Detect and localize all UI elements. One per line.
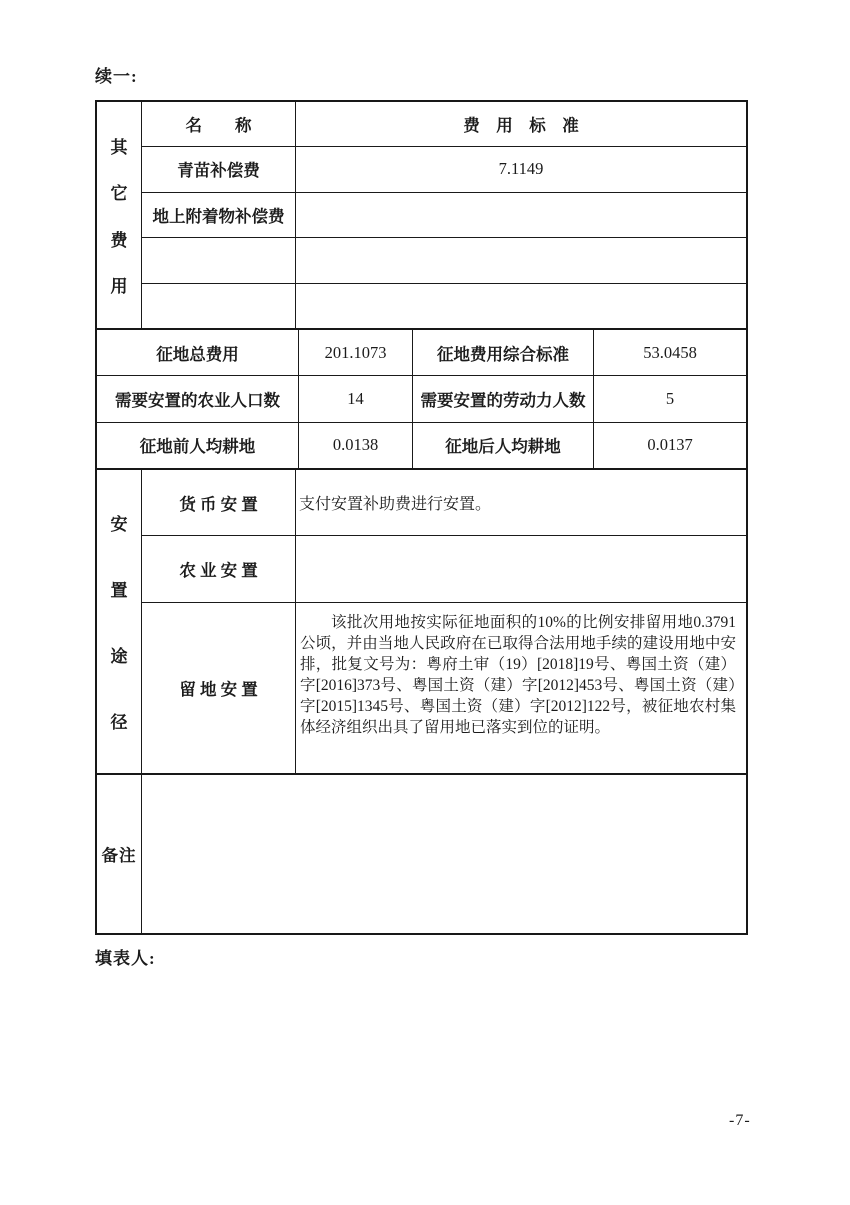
- other-fees-section-label: 其它费用: [97, 102, 142, 328]
- summary-section: 征地总费用 201.1073 征地费用综合标准 53.0458 需要安置的农业人…: [97, 330, 746, 470]
- resettlement-type-cell: 农 业 安 置: [142, 536, 296, 602]
- resettlement-section-label: 安置途径: [97, 470, 142, 773]
- other-fees-header-row: 名 称 费 用 标 准: [142, 102, 746, 147]
- resettlement-type-cell: 货 币 安 置: [142, 470, 296, 535]
- table-row: 征地总费用 201.1073 征地费用综合标准 53.0458: [97, 330, 746, 376]
- summary-value: 0.0137: [594, 423, 746, 468]
- resettlement-content-cell: 该批次用地按实际征地面积的10%的比例安排留用地0.3791公顷，并由当地人民政…: [296, 603, 746, 773]
- preparer-label: 填表人:: [95, 944, 156, 969]
- summary-value: 201.1073: [299, 330, 413, 375]
- fee-name-cell: 青苗补偿费: [142, 147, 296, 192]
- summary-label: 需要安置的劳动力人数: [413, 376, 594, 421]
- fee-value-cell: [296, 238, 746, 283]
- table-row: 需要安置的农业人口数 14 需要安置的劳动力人数 5: [97, 376, 746, 422]
- resettlement-type-cell: 留 地 安 置: [142, 603, 296, 773]
- fee-value-cell: [296, 284, 746, 329]
- summary-value: 14: [299, 376, 413, 421]
- remarks-section: 备注: [97, 775, 746, 933]
- resettlement-content-cell: 支付安置补助费进行安置。: [296, 470, 746, 535]
- fee-name-header: 名 称: [142, 102, 296, 146]
- summary-value: 5: [594, 376, 746, 421]
- summary-label: 征地总费用: [97, 330, 299, 375]
- resettlement-section: 安置途径 货 币 安 置 支付安置补助费进行安置。 农 业 安 置 留 地 安 …: [97, 470, 746, 775]
- remarks-label: 备注: [97, 775, 142, 933]
- continuation-label: 续一:: [95, 62, 138, 87]
- other-fees-rows: 名 称 费 用 标 准 青苗补偿费 7.1149 地上附着物补偿费: [142, 102, 746, 328]
- table-row: 留 地 安 置 该批次用地按实际征地面积的10%的比例安排留用地0.3791公顷…: [142, 603, 746, 773]
- fee-name-cell: [142, 284, 296, 329]
- table-row: 征地前人均耕地 0.0138 征地后人均耕地 0.0137: [97, 423, 746, 468]
- remarks-content-cell: [142, 775, 746, 933]
- fee-standard-header: 费 用 标 准: [296, 102, 746, 146]
- resettlement-content-cell: [296, 536, 746, 602]
- summary-value: 53.0458: [594, 330, 746, 375]
- resettlement-rows: 货 币 安 置 支付安置补助费进行安置。 农 业 安 置 留 地 安 置 该批次…: [142, 470, 746, 773]
- summary-value: 0.0138: [299, 423, 413, 468]
- table-row: 青苗补偿费 7.1149: [142, 147, 746, 193]
- table-row: 地上附着物补偿费: [142, 193, 746, 239]
- summary-label: 征地后人均耕地: [413, 423, 594, 468]
- other-fees-section: 其它费用 名 称 费 用 标 准 青苗补偿费 7.1149 地上附着物补偿费: [97, 102, 746, 330]
- table-row: 农 业 安 置: [142, 536, 746, 603]
- page-number: -7-: [729, 1112, 751, 1130]
- fee-name-cell: 地上附着物补偿费: [142, 193, 296, 238]
- document-page: 续一: 其它费用 名 称 费 用 标 准 青苗补偿费 7.1149 地上附着物补…: [0, 0, 850, 1205]
- table-row: [142, 238, 746, 284]
- fee-name-cell: [142, 238, 296, 283]
- summary-label: 征地前人均耕地: [97, 423, 299, 468]
- fee-value-cell: 7.1149: [296, 147, 746, 192]
- table-row: 货 币 安 置 支付安置补助费进行安置。: [142, 470, 746, 536]
- fee-value-cell: [296, 193, 746, 238]
- summary-label: 征地费用综合标准: [413, 330, 594, 375]
- summary-label: 需要安置的农业人口数: [97, 376, 299, 421]
- table-row: [142, 284, 746, 329]
- land-acquisition-table: 其它费用 名 称 费 用 标 准 青苗补偿费 7.1149 地上附着物补偿费: [95, 100, 748, 935]
